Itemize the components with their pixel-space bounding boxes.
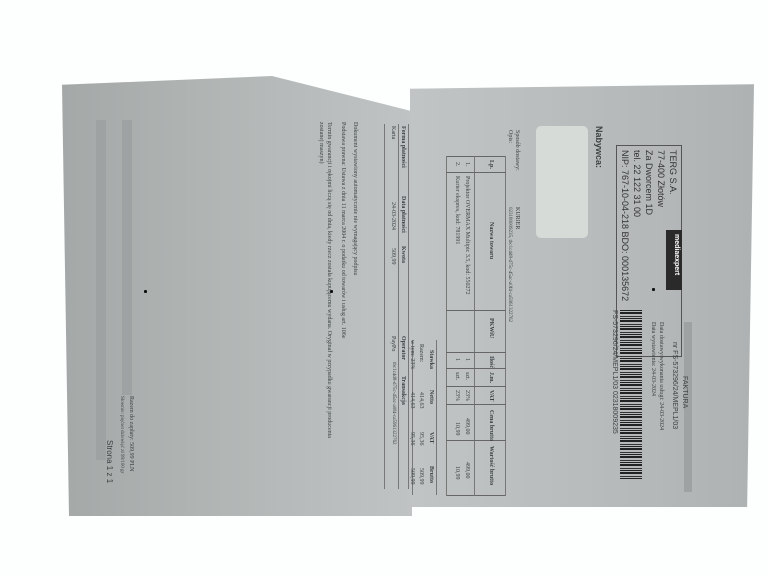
summary-header-rate: Stawka [428, 350, 434, 369]
table-border [446, 172, 506, 173]
payment-header-amount: Kwota [400, 246, 406, 263]
redacted-bar [122, 120, 132, 395]
col-header-unit: J.m. [488, 372, 494, 383]
table-border [474, 156, 475, 496]
buyer-label: Nabywca: [594, 126, 604, 168]
table-border [446, 156, 506, 157]
amount-in-words: Słownie: pięćset dziewięć zł 99/100 gr [119, 396, 124, 473]
table-cell: szt. [454, 372, 460, 380]
summary-cell: 414,63 [409, 392, 415, 409]
note-warranty-cont: zostanej maszyn) [318, 122, 324, 163]
note-warranty: Termin gwarancji i rękojmi liczą się od … [326, 122, 332, 438]
ink-speck [144, 290, 147, 293]
payment-cell: 509,99 [390, 248, 396, 265]
table-border [446, 386, 506, 387]
col-header-lp: Lp. [488, 160, 494, 169]
summary-cell: w tym: 23% [409, 340, 415, 369]
ink-speck [330, 290, 333, 293]
table-cell: 23% [464, 390, 470, 401]
page-indicator: Strona 1 z 1 [105, 440, 114, 483]
table-border [446, 310, 506, 311]
summary-header-vat: VAT [428, 432, 434, 443]
summary-cell: Razem: [418, 344, 424, 362]
delivery-date: Data dostawy/wykonania usługi: 24-03-202… [658, 322, 664, 430]
barcode-text: FS-573296/24/MEPL1/03 02318009235 [611, 310, 618, 434]
table-cell: 499,00 [464, 418, 470, 435]
table-border [436, 340, 437, 495]
payment-cell: Karta [390, 126, 396, 139]
table-border [398, 124, 399, 489]
delivery-method-label: Sposób dostawy: [514, 130, 520, 171]
payment-header-method: Forma płatności [400, 126, 406, 168]
table-cell: 499,00 [464, 462, 470, 479]
table-cell: 1. [464, 162, 470, 167]
table-cell: 1 [454, 358, 460, 361]
summary-cell: 414,63 [418, 392, 424, 409]
buyer-address-window [536, 126, 588, 238]
table-cell: szt. [464, 372, 470, 380]
table-border [384, 124, 385, 489]
col-header-name: Nazwa towaru [488, 222, 494, 259]
redacted-bar [96, 120, 106, 460]
table-cell: 10,99 [454, 466, 460, 480]
table-cell: 23% [454, 390, 460, 401]
ink-speck [652, 288, 655, 291]
note-auto-document: Dokument wystawiony automatycznie nie wy… [352, 122, 358, 275]
table-border [408, 124, 409, 489]
invoice-number: nr FS-573296/24/MEPL1/03 [671, 342, 678, 429]
table-border [446, 352, 506, 353]
payment-header-transaction: Transakcja [400, 376, 406, 405]
table-cell: 10,99 [454, 422, 460, 436]
payment-cell: PayPo [390, 336, 396, 351]
amount-to-pay: Razem do zapłaty: 509,99 PLN [128, 396, 134, 471]
issue-date: Data wystawienia: 24-03-2024 [650, 322, 656, 396]
invoice-title: FAKTURA [681, 376, 688, 408]
payment-cell: 24-03-2024 [390, 202, 396, 230]
col-header-gross-value: Wartość brutto [488, 446, 494, 485]
table-border [505, 156, 506, 496]
table-border [446, 368, 506, 369]
seller-address-2: Za Dworcem 1D [643, 150, 655, 301]
table-border [446, 440, 506, 441]
invoice-page-left [62, 76, 412, 516]
payment-header-operator: Operator [400, 336, 406, 360]
seller-nip-bdo: NIP: 767-10-04-218 BDO: 000135672 [619, 150, 631, 301]
col-header-gross-price: Cena brutto [488, 410, 494, 441]
col-header-vat: VAT [488, 390, 494, 401]
invoice-barcode [620, 310, 642, 480]
summary-cell: 95,36 [409, 432, 415, 446]
description-value: 023180009235, tbc1c4d8-d75c-45ac-a0f4-ca… [507, 207, 512, 322]
delivery-method-value: KURIER [514, 207, 520, 229]
note-legal-basis: Podstawa prawna: Ustawa z dnia 11 marca … [340, 122, 346, 338]
table-cell: Kurier ekspres, kod: 781991 [454, 176, 460, 244]
description-label: Opis: [507, 130, 513, 143]
summary-cell: 95,36 [418, 432, 424, 446]
summary-cell: 509,99 [418, 468, 424, 485]
mediaexpert-logo: mediaexpert [666, 230, 682, 290]
seller-phone: tel. 22 122 31 00 [631, 150, 643, 301]
payment-header-date: Data płatności [400, 196, 406, 233]
summary-header-gross: Brutto [428, 466, 434, 483]
col-header-qty: Ilość [488, 356, 494, 368]
payment-cell: tbc1c4d8-d75c-45ac-a0f4-ca5961322762 [391, 362, 396, 444]
table-cell: 2. [454, 162, 460, 167]
table-border [446, 495, 506, 496]
table-border [446, 156, 447, 496]
col-header-pkwiu: PKWiU [488, 318, 494, 338]
summary-header-net: Netto [428, 390, 434, 404]
table-border [446, 404, 506, 405]
summary-cell: 509,99 [409, 468, 415, 485]
table-cell: Projektor OVERMAX Multipic 3.5, kod: 550… [464, 176, 470, 295]
table-cell: 1 [464, 358, 470, 361]
